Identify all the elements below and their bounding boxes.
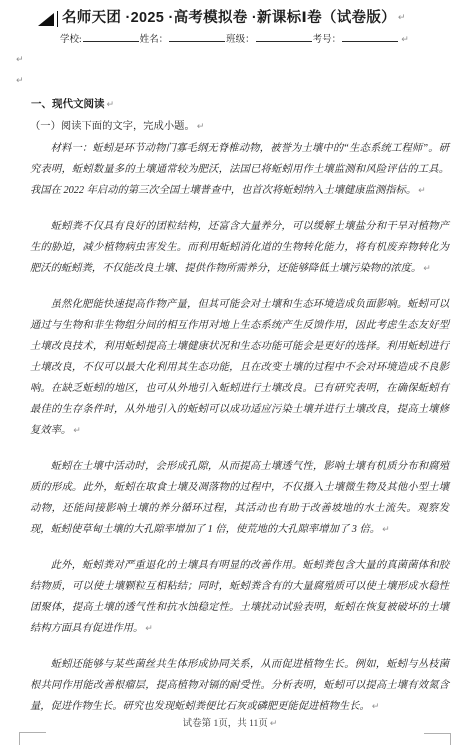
examno-label: 考号：	[313, 35, 342, 45]
section-heading: 一、现代文阅读↵	[31, 94, 449, 116]
examno-blank-field	[342, 31, 398, 42]
passage-paragraph: 此外，蚯蚓粪对严重退化的土壤具有明显的改善作用。蚯蚓粪包含大量的真菌菌体和胶结物…	[30, 555, 449, 640]
empty-paragraph: ↵	[0, 68, 460, 89]
empty-paragraph: ↵	[0, 47, 460, 68]
paragraph-text: 蚯蚓还能够与某些菌丝共生体形成协同关系，从而促进植物生长。例如，蚯蚓与丛枝菌根共…	[30, 659, 449, 712]
document-body: 一、现代文阅读↵ （一）阅读下面的文字，完成小题。↵ 材料一：蚯蚓是环节动物门寡…	[0, 89, 460, 718]
name-label: 姓名：	[140, 35, 169, 45]
passage-paragraph: 蚯蚓在土壤中活动时，会形成孔隙，从而提高土壤透气性，影响土壤有机质分布和腐殖质的…	[30, 456, 449, 541]
brand-triangle-icon	[38, 13, 54, 26]
header: 名师天团 ·2025 ·高考模拟卷 ·新课标Ⅰ卷（试卷版） ↵	[0, 0, 460, 27]
subsection-text: （一）阅读下面的文字，完成小题。	[30, 121, 195, 132]
paragraph-mark: ↵	[382, 525, 390, 535]
page-number-text: 试卷第 1页，共 11页	[183, 719, 268, 729]
paragraph-mark: ↵	[372, 702, 380, 712]
paragraph-mark: ↵	[401, 35, 409, 45]
page-footer: 试卷第 1页，共 11页↵	[0, 717, 460, 731]
paragraph-mark: ↵	[73, 426, 81, 436]
paragraph-text: 材料一：蚯蚓是环节动物门寡毛纲无脊椎动物，被誉为土壤中的“生态系统工程师”。研究…	[30, 143, 449, 196]
paragraph-mark: ↵	[418, 186, 426, 196]
paragraph-mark: ↵	[107, 100, 115, 110]
class-blank-field	[256, 31, 312, 42]
paragraph-text: 虽然化肥能快速提高作物产量，但其可能会对土壤和生态环境造成负面影响。蚯蚓可以通过…	[30, 299, 449, 436]
brand-divider	[57, 11, 58, 27]
corner-crop-mark-left	[19, 732, 46, 745]
corner-crop-mark-right	[424, 733, 451, 745]
class-label: 班级：	[226, 35, 255, 45]
paragraph-mark: ↵	[145, 624, 153, 634]
name-blank-field	[169, 31, 225, 42]
paragraph-text: 蚯蚓粪不仅具有良好的团粒结构，还富含大量养分，可以缓解土壤盐分和干旱对植物产生的…	[30, 221, 449, 274]
paragraph-mark: ↵	[16, 76, 24, 86]
paragraph-text: 此外，蚯蚓粪对严重退化的土壤具有明显的改善作用。蚯蚓粪包含大量的真菌菌体和胶结物…	[30, 560, 449, 634]
paragraph-mark: ↵	[423, 264, 431, 274]
school-blank-field	[83, 31, 139, 42]
paragraph-text: 蚯蚓在土壤中活动时，会形成孔隙，从而提高土壤透气性，影响土壤有机质分布和腐殖质的…	[30, 461, 449, 535]
paragraph-mark: ↵	[197, 122, 205, 132]
section-heading-text: 一、现代文阅读	[31, 98, 105, 110]
passage-paragraph: 蚯蚓还能够与某些菌丝共生体形成协同关系，从而促进植物生长。例如，蚯蚓与丛枝菌根共…	[30, 654, 449, 718]
exam-paper-page: 名师天团 ·2025 ·高考模拟卷 ·新课标Ⅰ卷（试卷版） ↵ 学校:姓名：班级…	[0, 0, 460, 745]
student-info-row: 学校:姓名：班级：考号：↵	[0, 31, 460, 47]
school-label: 学校:	[60, 35, 82, 45]
paragraph-mark: ↵	[16, 55, 24, 65]
page-title: 名师天团 ·2025 ·高考模拟卷 ·新课标Ⅰ卷（试卷版）	[62, 9, 396, 27]
passage-paragraph: 材料一：蚯蚓是环节动物门寡毛纲无脊椎动物，被誉为土壤中的“生态系统工程师”。研究…	[30, 138, 449, 202]
passage-paragraph: 蚯蚓粪不仅具有良好的团粒结构，还富含大量养分，可以缓解土壤盐分和干旱对植物产生的…	[30, 216, 449, 280]
passage-paragraph: 虽然化肥能快速提高作物产量，但其可能会对土壤和生态环境造成负面影响。蚯蚓可以通过…	[30, 294, 449, 442]
paragraph-mark: ↵	[398, 13, 406, 23]
paragraph-mark: ↵	[270, 719, 278, 729]
subsection-instruction: （一）阅读下面的文字，完成小题。↵	[30, 116, 449, 138]
